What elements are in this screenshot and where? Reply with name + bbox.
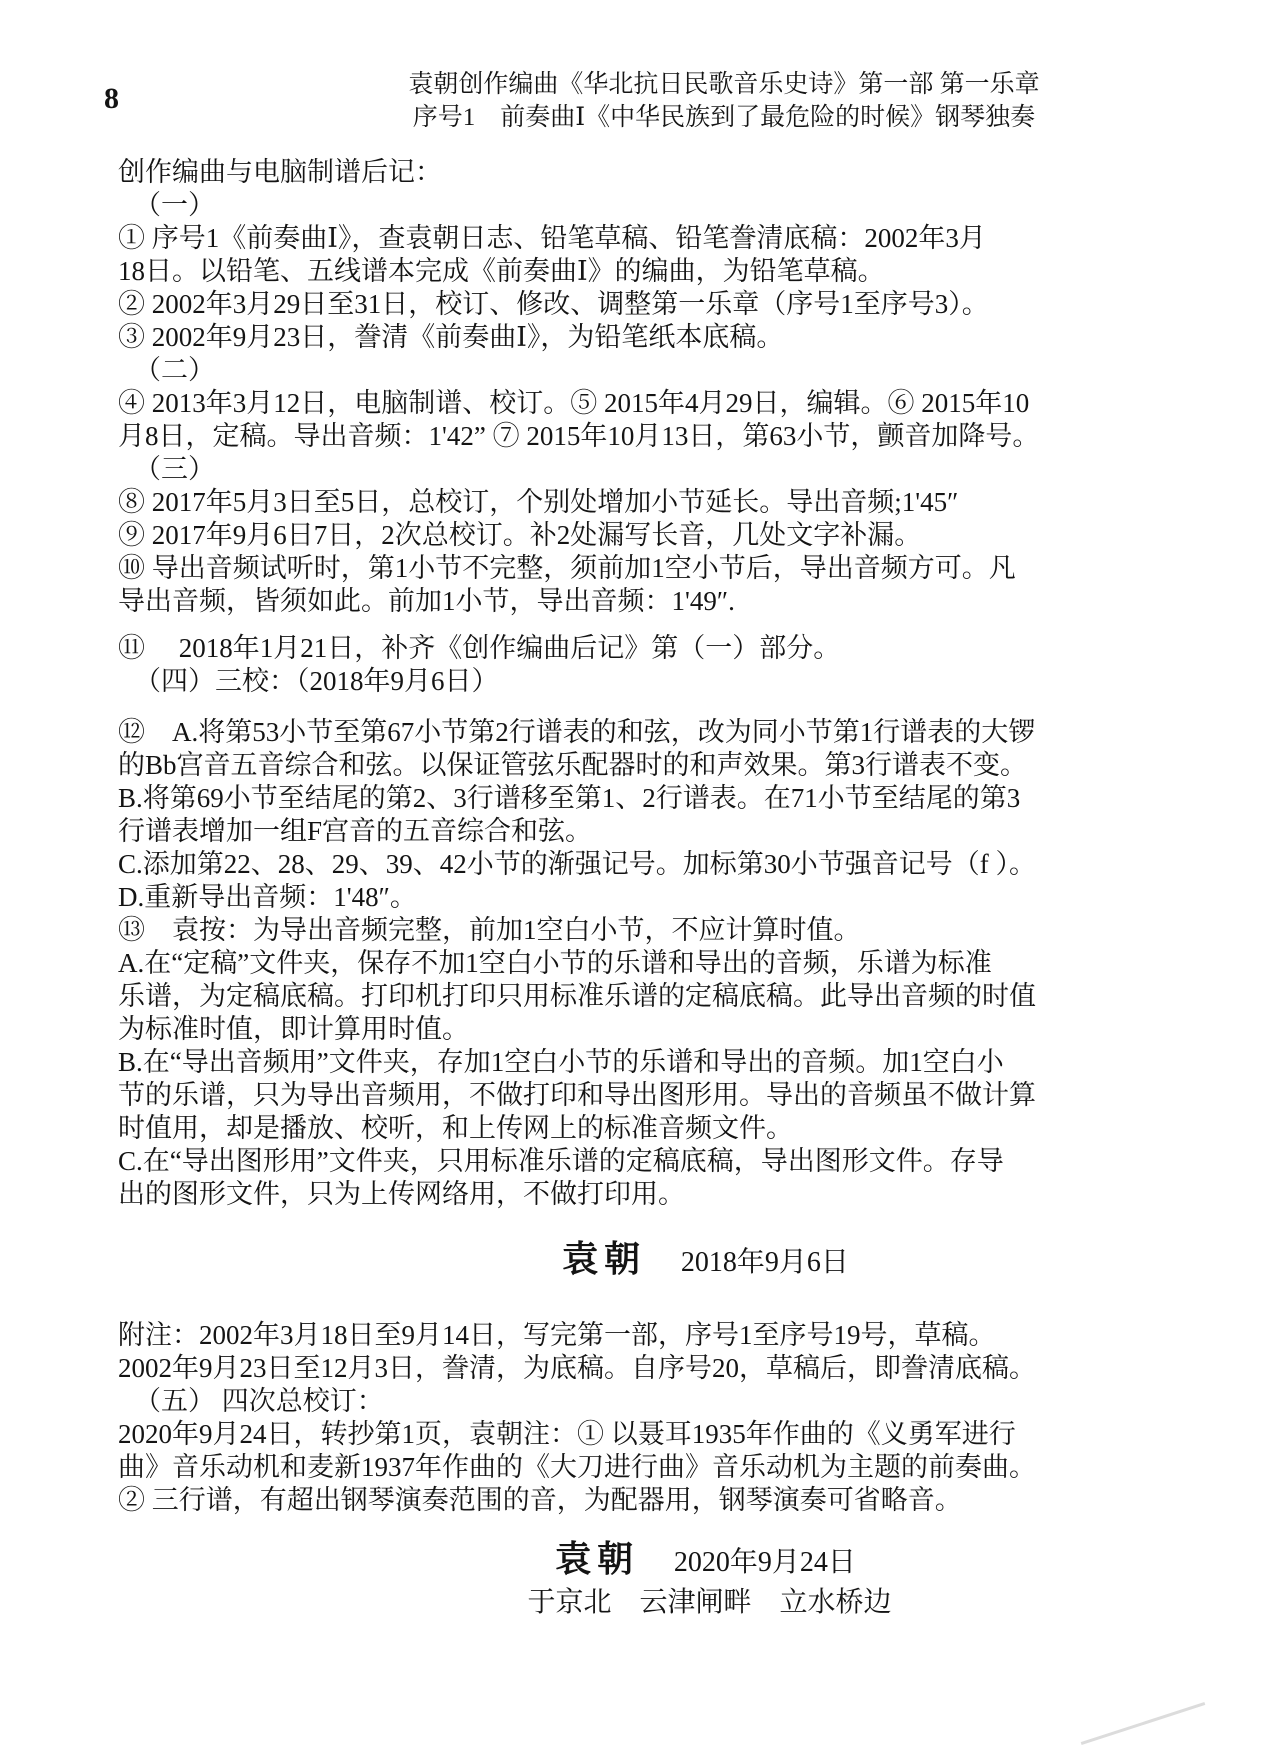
text-line: （一） [118, 189, 1223, 222]
text-line: ⑬ 袁按：为导出音频完整，前加1空白小节，不应计算时值。 [118, 914, 1223, 947]
text-line: ⑪ 2018年1月21日，补齐《创作编曲后记》第（一）部分。 [118, 632, 1223, 665]
text-line: ② 2002年3月29日至31日，校订、修改、调整第一乐章（序号1至序号3）。 [118, 288, 1223, 321]
document-header: 袁朝创作编曲《华北抗日民歌音乐史诗》第一部 第一乐章 序号1 前奏曲Ⅰ《中华民族… [0, 0, 1278, 134]
text-line: ⑩ 导出音频试听时，第1小节不完整，须前加1空小节后，导出音频方可。凡 [118, 552, 1223, 585]
signature-date: 2020年9月24日 [674, 1547, 856, 1578]
text-line: 出的图形文件，只为上传网络用，不做打印用。 [118, 1178, 1223, 1211]
text-line: ⑧ 2017年5月3日至5日，总校订，个别处增加小节延长。导出音频;1'45″ [118, 486, 1223, 519]
text-line: 时值用，却是播放、校听，和上传网上的标准音频文件。 [118, 1112, 1223, 1145]
text-line: 附注：2002年3月18日至9月14日，写完第一部，序号1至序号19号，草稿。 [118, 1319, 1223, 1352]
text-line: 行谱表增加一组F宫音的五音综合和弦。 [118, 815, 1223, 848]
text-line: 18日。以铅笔、五线谱本完成《前奏曲Ⅰ》的编曲，为铅笔草稿。 [118, 255, 1223, 288]
text-line: 2020年9月24日，转抄第1页，袁朝注：① 以聂耳1935年作曲的《义勇军进行 [118, 1418, 1223, 1451]
text-line: C.添加第22、28、29、39、42小节的渐强记号。加标第30小节强音记号（f… [118, 848, 1223, 881]
text-line: 为标准时值，即计算用时值。 [118, 1013, 1223, 1046]
text-line: 的Bb宫音五音综合和弦。以保证管弦乐配器时的和声效果。第3行谱表不变。 [118, 749, 1223, 782]
text-line: ⑫ A.将第53小节至第67小节第2行谱表的和弦，改为同小节第1行谱表的大锣 [118, 716, 1223, 749]
signature-date: 2018年9月6日 [681, 1247, 849, 1278]
document-page: 8 袁朝创作编曲《华北抗日民歌音乐史诗》第一部 第一乐章 序号1 前奏曲Ⅰ《中华… [0, 0, 1278, 1763]
text-line: 乐谱，为定稿底稿。打印机打印只用标准乐谱的定稿底稿。此导出音频的时值 [118, 980, 1223, 1013]
text-line: ① 序号1《前奏曲Ⅰ》，查袁朝日志、铅笔草稿、铅笔誊清底稿：2002年3月 [118, 222, 1223, 255]
text-line: C.在“导出图形用”文件夹，只用标准乐谱的定稿底稿，导出图形文件。存导 [118, 1145, 1223, 1178]
signature-location: 于京北 云津闸畔 立水桥边 [118, 1583, 1223, 1623]
text-line: （三） [118, 453, 1223, 486]
text-line: 节的乐谱，只为导出音频用，不做打印和导出图形用。导出的音频虽不做计算 [118, 1079, 1223, 1112]
body-text-section-2: 附注：2002年3月18日至9月14日，写完第一部，序号1至序号19号，草稿。2… [118, 1319, 1223, 1517]
text-line: ④ 2013年3月12日，电脑制谱、校订。⑤ 2015年4月29日，编辑。⑥ 2… [118, 387, 1223, 420]
header-line-1: 袁朝创作编曲《华北抗日民歌音乐史诗》第一部 第一乐章 [170, 68, 1278, 101]
text-line: A.在“定稿”文件夹，保存不加1空白小节的乐谱和导出的音频，乐谱为标准 [118, 947, 1223, 980]
scan-artifact [1081, 1702, 1206, 1745]
text-line: 创作编曲与电脑制谱后记： [118, 156, 1223, 189]
text-line: ③ 2002年9月23日，誊清《前奏曲Ⅰ》，为铅笔纸本底稿。 [118, 321, 1223, 354]
signature-block-2018: 袁朝 2018年9月6日 [118, 1239, 1223, 1283]
text-line: D.重新导出音频：1'48″。 [118, 881, 1223, 914]
text-line: ⑨ 2017年9月6日7日，2次总校订。补2处漏写长音，几处文字补漏。 [118, 519, 1223, 552]
text-line: （二） [118, 354, 1223, 387]
text-line: 曲》音乐动机和麦新1937年作曲的《大刀进行曲》音乐动机为主题的前奏曲。 [118, 1451, 1223, 1484]
signature-name: 袁朝 [555, 1539, 639, 1579]
signature-block-2020: 袁朝 2020年9月24日 [118, 1539, 1223, 1583]
page-number: 8 [104, 82, 119, 116]
text-line: （四）三校：（2018年9月6日） [118, 665, 1223, 698]
signature-name: 袁朝 [562, 1239, 646, 1279]
text-line: ② 三行谱，有超出钢琴演奏范围的音，为配器用，钢琴演奏可省略音。 [118, 1484, 1223, 1517]
header-line-2: 序号1 前奏曲Ⅰ《中华民族到了最危险的时候》钢琴独奏 [170, 101, 1278, 134]
text-line: 导出音频，皆须如此。前加1小节，导出音频：1'49″. [118, 585, 1223, 618]
document-content: 创作编曲与电脑制谱后记：（一）① 序号1《前奏曲Ⅰ》，查袁朝日志、铅笔草稿、铅笔… [0, 134, 1278, 1623]
text-line: B.将第69小节至结尾的第2、3行谱移至第1、2行谱表。在71小节至结尾的第3 [118, 782, 1223, 815]
text-line: B.在“导出音频用”文件夹，存加1空白小节的乐谱和导出的音频。加1空白小 [118, 1046, 1223, 1079]
text-line: 月8日，定稿。导出音频：1'42” ⑦ 2015年10月13日，第63小节，颤音… [118, 420, 1223, 453]
body-text-section-1: 创作编曲与电脑制谱后记：（一）① 序号1《前奏曲Ⅰ》，查袁朝日志、铅笔草稿、铅笔… [118, 156, 1223, 1211]
text-line: 2002年9月23日至12月3日，誊清，为底稿。自序号20，草稿后，即誊清底稿。 [118, 1352, 1223, 1385]
text-line: （五） 四次总校订： [118, 1385, 1223, 1418]
